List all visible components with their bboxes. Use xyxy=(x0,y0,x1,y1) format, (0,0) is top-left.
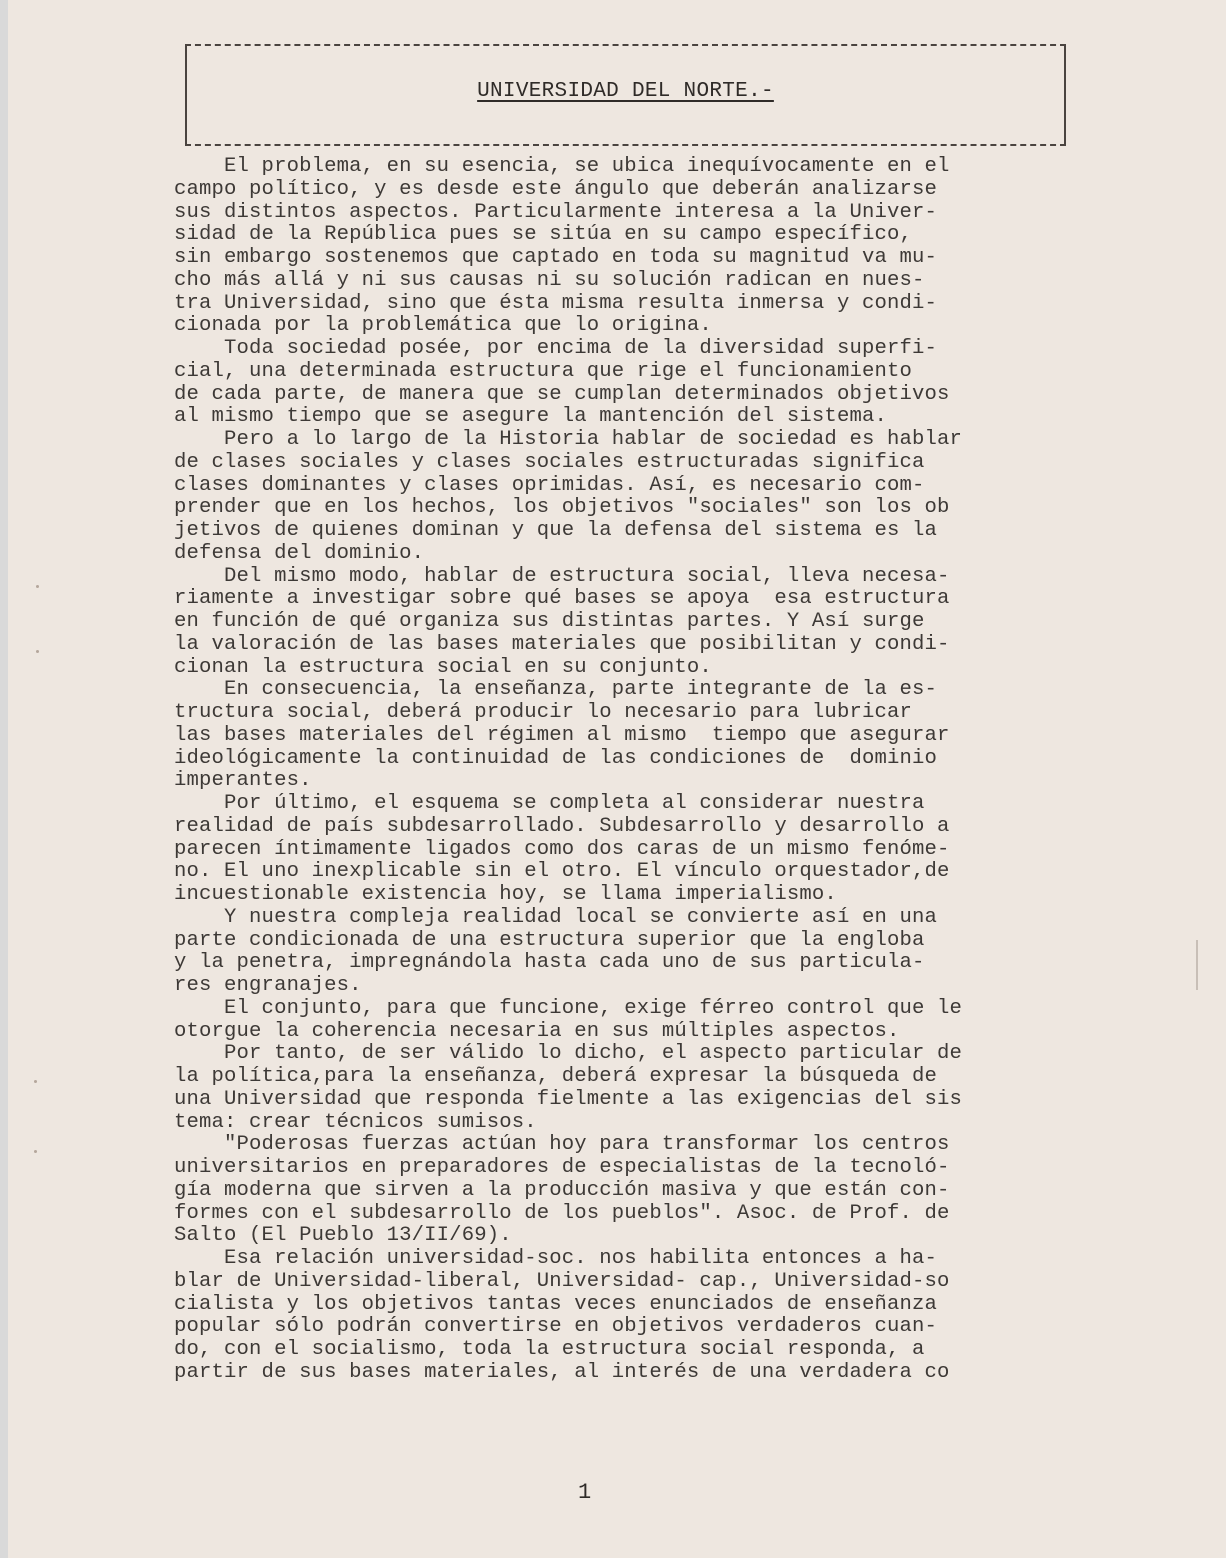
text-line: gía moderna que sirven a la producción m… xyxy=(174,1180,1074,1203)
text-line: Salto (El Pueblo 13/II/69). xyxy=(174,1225,1074,1248)
text-line: Por último, el esquema se completa al co… xyxy=(174,793,1074,816)
text-line: formes con el subdesarrollo de los puebl… xyxy=(174,1203,1074,1226)
scan-edge-strip xyxy=(0,0,8,1558)
text-line: campo político, y es desde este ángulo q… xyxy=(174,179,1074,202)
text-line: y la penetra, impregnándola hasta cada u… xyxy=(174,952,1074,975)
text-line: "Poderosas fuerzas actúan hoy para trans… xyxy=(174,1134,1074,1157)
text-line: ideológicamente la continuidad de las co… xyxy=(174,748,1074,771)
paper-speck xyxy=(34,1150,37,1153)
text-line: riamente a investigar sobre qué bases se… xyxy=(174,588,1074,611)
text-line: realidad de país subdesarrollado. Subdes… xyxy=(174,816,1074,839)
text-line: al mismo tiempo que se asegure la manten… xyxy=(174,406,1074,429)
text-line: parte condicionada de una estructura sup… xyxy=(174,930,1074,953)
document-body: El problema, en su esencia, se ubica ine… xyxy=(174,156,1074,1385)
text-line: la valoración de las bases materiales qu… xyxy=(174,634,1074,657)
paper-speck xyxy=(36,650,39,653)
text-line: otorgue la coherencia necesaria en sus m… xyxy=(174,1021,1074,1044)
text-line: do, con el socialismo, toda la estructur… xyxy=(174,1339,1074,1362)
text-line: cial, una determinada estructura que rig… xyxy=(174,361,1074,384)
text-line: El problema, en su esencia, se ubica ine… xyxy=(174,156,1074,179)
text-line: de clases sociales y clases sociales est… xyxy=(174,452,1074,475)
text-line: popular sólo podrán convertirse en objet… xyxy=(174,1316,1074,1339)
text-line: tra Universidad, sino que ésta misma res… xyxy=(174,293,1074,316)
text-line: tructura social, deberá producir lo nece… xyxy=(174,702,1074,725)
margin-mark xyxy=(1196,940,1198,990)
text-line: prender que en los hechos, los objetivos… xyxy=(174,497,1074,520)
text-line: imperantes. xyxy=(174,770,1074,793)
text-line: una Universidad que responda fielmente a… xyxy=(174,1089,1074,1112)
title-box: UNIVERSIDAD DEL NORTE.- xyxy=(185,44,1066,146)
text-line: Pero a lo largo de la Historia hablar de… xyxy=(174,429,1074,452)
paper-speck xyxy=(36,585,39,588)
text-line: cionada por la problemática que lo origi… xyxy=(174,315,1074,338)
text-line: la política,para la enseñanza, deberá ex… xyxy=(174,1066,1074,1089)
text-line: Por tanto, de ser válido lo dicho, el as… xyxy=(174,1043,1074,1066)
text-line: blar de Universidad-liberal, Universidad… xyxy=(174,1271,1074,1294)
text-line: de cada parte, de manera que se cumplan … xyxy=(174,384,1074,407)
text-line: tema: crear técnicos sumisos. xyxy=(174,1112,1074,1135)
page-number: 1 xyxy=(578,1480,591,1505)
text-line: incuestionable existencia hoy, se llama … xyxy=(174,884,1074,907)
text-line: partir de sus bases materiales, al inter… xyxy=(174,1362,1074,1385)
text-line: Y nuestra compleja realidad local se con… xyxy=(174,907,1074,930)
text-line: en función de qué organiza sus distintas… xyxy=(174,611,1074,634)
text-line: jetivos de quienes dominan y que la defe… xyxy=(174,520,1074,543)
text-line: cho más allá y ni sus causas ni su soluc… xyxy=(174,270,1074,293)
text-line: Toda sociedad posée, por encima de la di… xyxy=(174,338,1074,361)
text-line: parecen íntimamente ligados como dos car… xyxy=(174,839,1074,862)
text-line: las bases materiales del régimen al mism… xyxy=(174,725,1074,748)
text-line: El conjunto, para que funcione, exige fé… xyxy=(174,998,1074,1021)
text-line: universitarios en preparadores de especi… xyxy=(174,1157,1074,1180)
text-line: Esa relación universidad-soc. nos habili… xyxy=(174,1248,1074,1271)
text-line: clases dominantes y clases oprimidas. As… xyxy=(174,475,1074,498)
text-line: sus distintos aspectos. Particularmente … xyxy=(174,202,1074,225)
text-line: res engranajes. xyxy=(174,975,1074,998)
text-line: sidad de la República pues se sitúa en s… xyxy=(174,224,1074,247)
text-line: sin embargo sostenemos que captado en to… xyxy=(174,247,1074,270)
text-line: cialista y los objetivos tantas veces en… xyxy=(174,1294,1074,1317)
document-title: UNIVERSIDAD DEL NORTE.- xyxy=(187,80,1064,103)
text-line: Del mismo modo, hablar de estructura soc… xyxy=(174,566,1074,589)
text-line: cionan la estructura social en su conjun… xyxy=(174,657,1074,680)
paper-speck xyxy=(34,1080,37,1083)
text-line: defensa del dominio. xyxy=(174,543,1074,566)
text-line: En consecuencia, la enseñanza, parte int… xyxy=(174,679,1074,702)
text-line: no. El uno inexplicable sin el otro. El … xyxy=(174,861,1074,884)
